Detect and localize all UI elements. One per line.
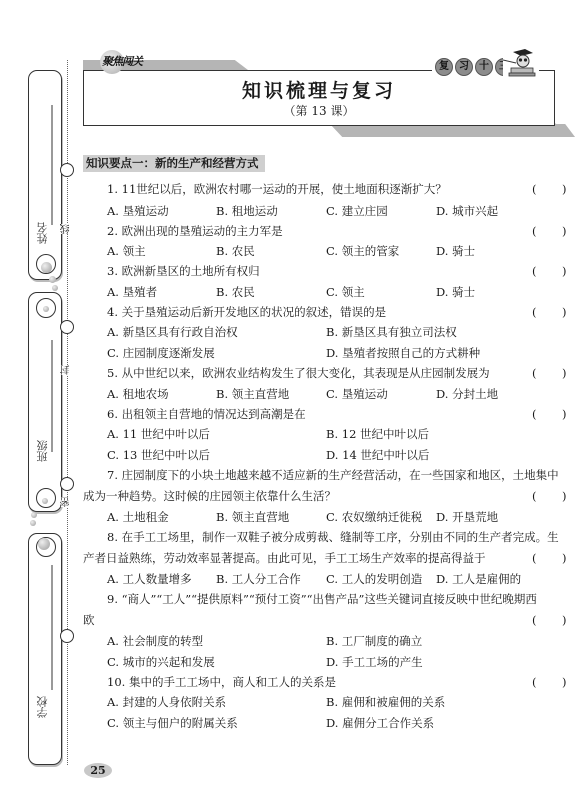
- question-stem: 2. 欧洲出现的垦殖运动的主力军是: [107, 224, 283, 238]
- answer-blank-close[interactable]: ): [562, 675, 567, 689]
- answer-blank-open[interactable]: (: [532, 675, 537, 689]
- question-stem: 8. 在手工工场里，制作一双鞋子被分成剪裁、缝制等工序，分别由不同的生产者完成。…: [107, 530, 559, 544]
- option-b[interactable]: B. 领主直营地: [216, 387, 289, 401]
- name-field-label: 姓名: [36, 222, 50, 244]
- answer-blank-close[interactable]: ): [562, 305, 567, 319]
- answer-blank-open[interactable]: (: [532, 224, 537, 238]
- seal-mark-line: 线: [61, 224, 72, 234]
- question-number: 3.: [107, 264, 118, 278]
- answer-blank-close[interactable]: ): [562, 551, 567, 565]
- binding-bead: [43, 306, 49, 312]
- question-number: 8.: [107, 530, 118, 544]
- seal-circle: [60, 163, 74, 177]
- option-b[interactable]: B. 新垦区具有独立司法权: [326, 325, 457, 339]
- option-d[interactable]: D. 雇佣分工合作关系: [326, 716, 434, 730]
- option-b[interactable]: B. 租地运动: [216, 204, 278, 218]
- binding-bead: [49, 276, 56, 283]
- option-c[interactable]: C. 领主: [326, 285, 365, 299]
- option-b[interactable]: B. 农民: [216, 244, 255, 258]
- option-d[interactable]: D. 开垦荒地: [436, 510, 498, 524]
- name-field-line: [51, 105, 53, 225]
- question-stem: 3. 欧洲新垦区的土地所有权归: [107, 264, 260, 278]
- answer-blank-open[interactable]: (: [532, 182, 537, 196]
- answer-blank-open[interactable]: (: [532, 366, 537, 380]
- answer-blank-open[interactable]: (: [532, 613, 537, 627]
- question-stem: 6. 出租领主自营地的情况达到高潮是在: [107, 407, 306, 421]
- option-b[interactable]: B. 工厂制度的确立: [326, 634, 422, 648]
- school-field-box: [28, 533, 62, 765]
- option-c[interactable]: C. 垦殖运动: [326, 387, 388, 401]
- option-b[interactable]: B. 农民: [216, 285, 255, 299]
- answer-blank-close[interactable]: ): [562, 366, 567, 380]
- option-c[interactable]: C. 建立庄园: [326, 204, 388, 218]
- option-b[interactable]: B. 12 世纪中叶以后: [326, 427, 429, 441]
- option-d[interactable]: D. 工人是雇佣的: [436, 572, 521, 586]
- badge-char: 十: [475, 58, 493, 76]
- question-stem: 5. 从中世纪以来，欧洲农业结构发生了很大变化，其表现是从庄园制发展为: [107, 366, 490, 380]
- school-field-line: [51, 565, 53, 690]
- page-number: 25: [84, 763, 112, 778]
- option-d[interactable]: D. 14 世纪中叶以后: [326, 448, 429, 462]
- option-c[interactable]: C. 领主的管家: [326, 244, 399, 258]
- question-text-continued: 产者日益熟练，劳动效率显著提高。由此可见，手工工场生产效率的提高得益于: [83, 551, 486, 565]
- option-b[interactable]: B. 领主直营地: [216, 510, 289, 524]
- option-a[interactable]: A. 租地农场: [107, 387, 169, 401]
- option-c[interactable]: C. 工人的发明创造: [326, 572, 422, 586]
- page-subtitle: （第 13 课）: [83, 102, 555, 119]
- answer-blank-close[interactable]: ): [562, 264, 567, 278]
- binding-bead: [41, 262, 52, 273]
- question-stem: 9. “商人”“工人”“提供原料”“预付工资”“出售产品”这些关键词直接反映中世…: [107, 592, 537, 606]
- option-a[interactable]: A. 封建的人身依附关系: [107, 695, 226, 709]
- seal-mark-secret: 密: [61, 497, 72, 507]
- binding-bead: [31, 512, 37, 518]
- question-text: 庄园制度下的小块土地越来越不适应新的生产经营活动，在一些国家和地区，土地集中: [122, 468, 559, 482]
- option-c[interactable]: C. 13 世纪中叶以后: [107, 448, 210, 462]
- answer-blank-close[interactable]: ): [562, 613, 567, 627]
- question-text: 从中世纪以来，欧洲农业结构发生了很大变化，其表现是从庄园制发展为: [122, 366, 490, 380]
- binding-bead: [38, 538, 50, 550]
- class-field-line: [51, 340, 53, 452]
- answer-blank-close[interactable]: ): [562, 407, 567, 421]
- question-stem: 4. 关于垦殖运动后新开发地区的状况的叙述，错误的是: [107, 305, 386, 319]
- option-b[interactable]: B. 工人分工合作: [216, 572, 301, 586]
- binding-bead: [30, 520, 36, 526]
- question-number: 5.: [107, 366, 118, 380]
- question-text: 在手工工场里，制作一双鞋子被分成剪裁、缝制等工序，分别由不同的生产者完成。生: [122, 530, 559, 544]
- question-text-continued: 成为一种趋势。这时候的庄园领主依靠什么生活？: [83, 489, 336, 503]
- question-number: 10.: [107, 675, 125, 689]
- option-d[interactable]: D. 分封土地: [436, 387, 498, 401]
- question-number: 2.: [107, 224, 118, 238]
- question-text: 欧洲出现的垦殖运动的主力军是: [122, 224, 283, 238]
- option-d[interactable]: D. 城市兴起: [436, 204, 498, 218]
- name-field-box: [28, 70, 62, 280]
- option-a[interactable]: A. 社会制度的转型: [107, 634, 203, 648]
- option-a[interactable]: A. 垦殖运动: [107, 204, 169, 218]
- option-c[interactable]: C. 城市的兴起和发展: [107, 655, 215, 669]
- question-number: 1.: [107, 182, 118, 196]
- option-a[interactable]: A. 新垦区具有行政自治权: [107, 325, 238, 339]
- answer-blank-close[interactable]: ): [562, 224, 567, 238]
- question-number: 9.: [107, 592, 118, 606]
- binding-bead: [52, 285, 58, 291]
- question-text: 集中的手工工场中，商人和工人的关系是: [129, 675, 336, 689]
- question-stem: 7. 庄园制度下的小块土地越来越不适应新的生产经营活动，在一些国家和地区，土地集…: [107, 468, 559, 482]
- question-number: 7.: [107, 468, 118, 482]
- page-title: 知识梳理与复习: [83, 76, 555, 103]
- option-a[interactable]: A. 领主: [107, 244, 146, 258]
- question-text: “商人”“工人”“提供原料”“预付工资”“出售产品”这些关键词直接反映中世纪晚期…: [122, 592, 537, 606]
- seal-circle: [60, 320, 74, 334]
- series-logo-text: 聚焦闯关: [102, 53, 142, 69]
- option-c[interactable]: C. 领主与佃户的附属关系: [107, 716, 238, 730]
- question-text: 关于垦殖运动后新开发地区的状况的叙述，错误的是: [122, 305, 387, 319]
- owl-mascot-icon: [503, 48, 539, 78]
- option-d[interactable]: D. 骑士: [436, 285, 475, 299]
- question-text: 出租领主自营地的情况达到高潮是在: [122, 407, 306, 421]
- option-d[interactable]: D. 骑士: [436, 244, 475, 258]
- option-c[interactable]: C. 庄园制度逐渐发展: [107, 346, 215, 360]
- answer-blank-close[interactable]: ): [562, 489, 567, 503]
- option-d[interactable]: D. 垦殖者按照自己的方式耕种: [326, 346, 480, 360]
- answer-blank-open[interactable]: (: [532, 489, 537, 503]
- question-text-continued: 欧: [83, 613, 95, 627]
- badge-char: 复: [435, 58, 453, 76]
- answer-blank-open[interactable]: (: [532, 264, 537, 278]
- seal-circle: [60, 629, 74, 643]
- class-field-box: [28, 292, 62, 512]
- option-a[interactable]: A. 垦殖者: [107, 285, 157, 299]
- question-number: 6.: [107, 407, 118, 421]
- question-text: 11世纪以后，欧洲农村哪一运动的开展，使土地面积逐渐扩大？: [122, 182, 447, 196]
- question-number: 4.: [107, 305, 118, 319]
- answer-blank-close[interactable]: ): [562, 182, 567, 196]
- seal-mark-seal: 封: [61, 365, 72, 375]
- school-field-label: 学校: [36, 696, 50, 718]
- question-stem: 10. 集中的手工工场中，商人和工人的关系是: [107, 675, 336, 689]
- section-heading: 知识要点一：新的生产和经营方式: [83, 155, 265, 172]
- question-stem: 1. 11世纪以后，欧洲农村哪一运动的开展，使土地面积逐渐扩大？: [107, 182, 447, 196]
- option-c[interactable]: C. 农奴缴纳迁徙税: [326, 510, 422, 524]
- option-d[interactable]: D. 手工工场的产生: [326, 655, 423, 669]
- answer-blank-open[interactable]: (: [532, 407, 537, 421]
- badge-char: 习: [455, 58, 473, 76]
- option-a[interactable]: A. 11 世纪中叶以后: [107, 427, 210, 441]
- class-field-label: 班级: [36, 440, 50, 462]
- option-a[interactable]: A. 工人数量增多: [107, 572, 192, 586]
- question-text: 欧洲新垦区的土地所有权归: [122, 264, 260, 278]
- answer-blank-open[interactable]: (: [532, 551, 537, 565]
- option-b[interactable]: B. 雇佣和被雇佣的关系: [326, 695, 445, 709]
- binding-bead: [42, 498, 48, 504]
- answer-blank-open[interactable]: (: [532, 305, 537, 319]
- option-a[interactable]: A. 土地租金: [107, 510, 169, 524]
- seal-circle: [60, 477, 74, 491]
